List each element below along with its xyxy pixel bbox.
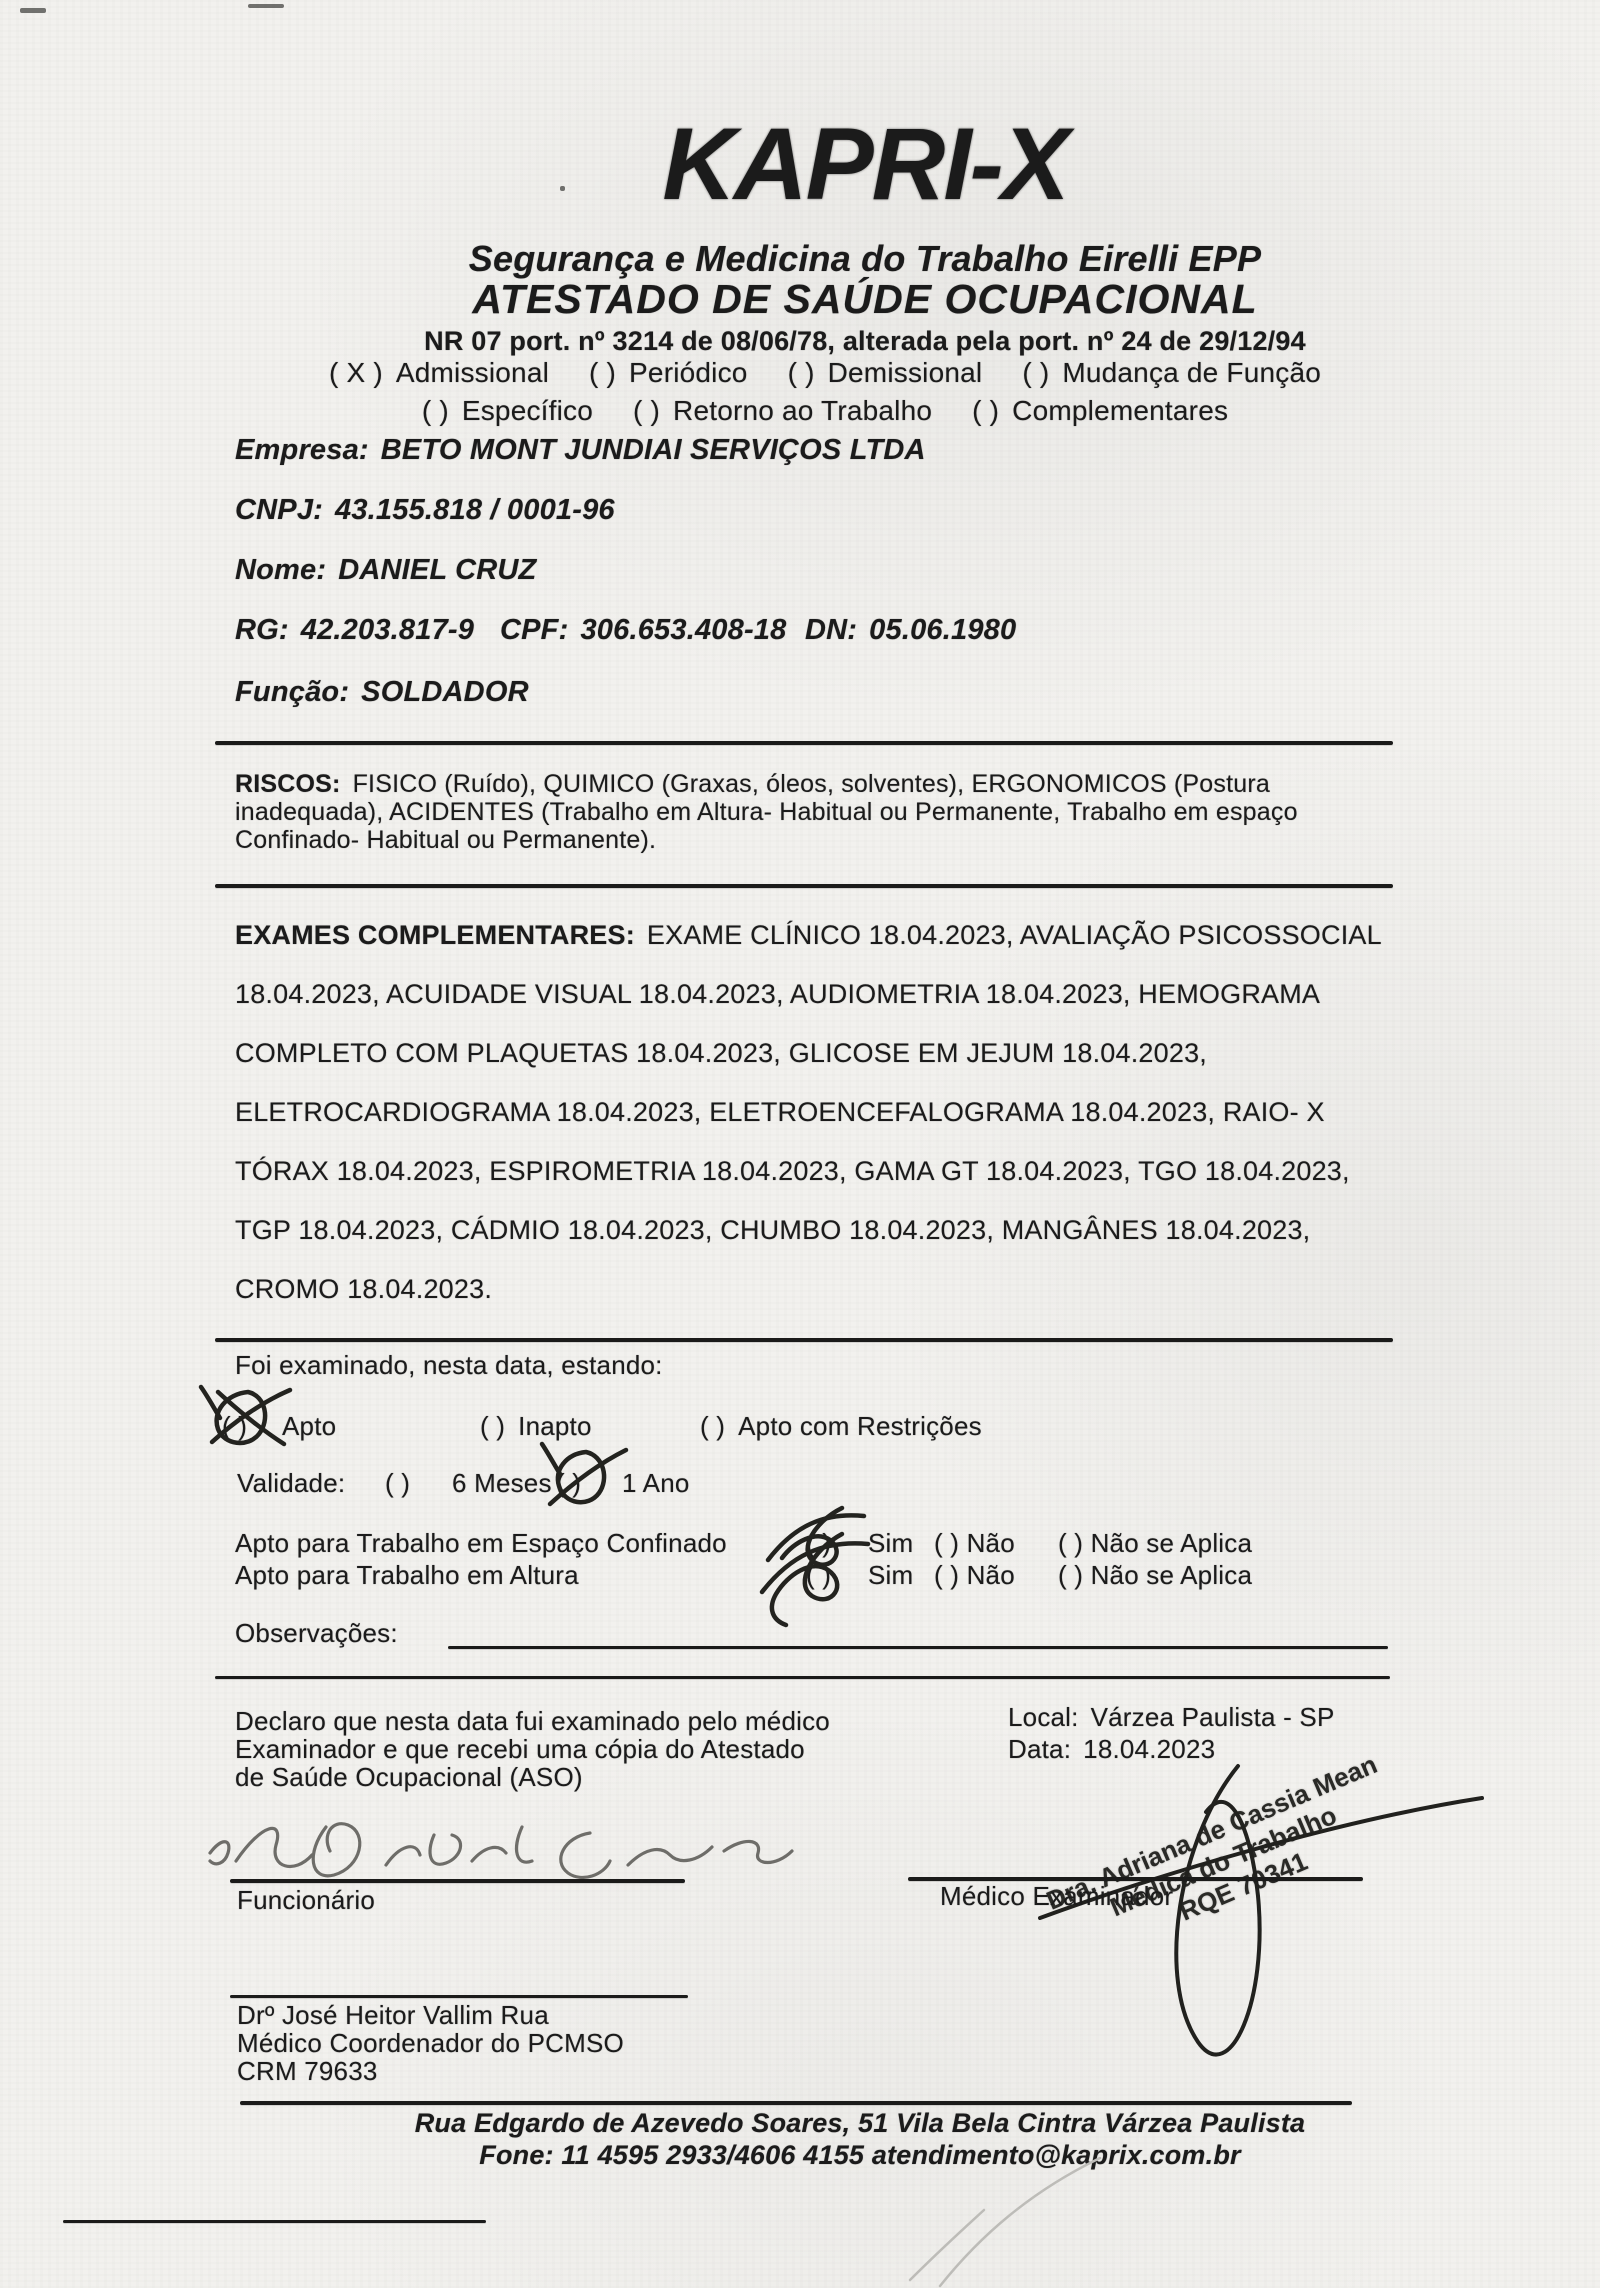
exames-line-1: EXAMES COMPLEMENTARES:EXAME CLÍNICO 18.0… xyxy=(235,920,1382,951)
exames-text-1: EXAME CLÍNICO 18.04.2023, AVALIAÇÃO PSIC… xyxy=(647,920,1382,950)
checkbox-complementares: ( ) xyxy=(972,395,999,426)
label-demissional: Demissional xyxy=(828,357,983,388)
field-cpf-label: CPF: xyxy=(500,614,568,646)
coordenador-line xyxy=(230,1995,688,1998)
divider-rule xyxy=(215,884,1393,888)
footer-fone: Fone: 11 4595 2933/4606 4155 atendimento… xyxy=(125,2140,1595,2171)
option-altura-nsa: ( ) Não se Aplica xyxy=(1058,1560,1252,1591)
label-apto-espaco-confinado: Apto para Trabalho em Espaço Confinado xyxy=(235,1528,727,1559)
doctor-signature xyxy=(1030,1748,1490,2088)
label-mudanca-funcao: Mudança de Função xyxy=(1062,357,1321,388)
scan-speck xyxy=(20,8,46,13)
field-cnpj: CNPJ:43.155.818 / 0001-96 xyxy=(235,494,615,527)
brand-title: KAPRI-X xyxy=(130,106,1600,223)
scanned-aso-document: KAPRI-X Segurança e Medicina do Trabalho… xyxy=(0,0,1600,2288)
label-especifico: Específico xyxy=(462,395,593,426)
field-empresa-value: BETO MONT JUNDIAI SERVIÇOS LTDA xyxy=(381,434,926,466)
field-rg-label: RG: xyxy=(235,614,289,646)
exames-label: EXAMES COMPLEMENTARES: xyxy=(235,920,635,950)
riscos-line-1: RISCOS:FISICO (Ruído), QUIMICO (Graxas, … xyxy=(235,770,1270,799)
field-cpf-value: 306.653.408-18 xyxy=(580,614,786,646)
exames-line-5: TÓRAX 18.04.2023, ESPIROMETRIA 18.04.202… xyxy=(235,1156,1350,1187)
pen-mark-1-ano xyxy=(538,1440,630,1516)
subtitle: Segurança e Medicina do Trabalho Eirelli… xyxy=(130,238,1600,280)
field-cpf: CPF:306.653.408-18 xyxy=(500,614,786,647)
exam-type-mudanca: ( )Mudança de Função xyxy=(1022,357,1321,389)
footer-endereco: Rua Edgardo de Azevedo Soares, 51 Vila B… xyxy=(125,2108,1595,2139)
label-6-meses: 6 Meses xyxy=(452,1468,552,1499)
funcionario-label: Funcionário xyxy=(237,1885,375,1916)
label-altura-sim: Sim xyxy=(868,1560,913,1591)
coordenador-crm: CRM 79633 xyxy=(237,2056,378,2087)
declaracao-line-2: Examinador e que recebi uma cópia do Ate… xyxy=(235,1734,805,1765)
local-value: Várzea Paulista - SP xyxy=(1091,1702,1335,1732)
exam-type-retorno: ( )Retorno ao Trabalho xyxy=(633,395,932,427)
exam-type-complementares: ( )Complementares xyxy=(972,395,1228,427)
label-apto-altura: Apto para Trabalho em Altura xyxy=(235,1560,579,1591)
field-empresa-label: Empresa: xyxy=(235,434,369,466)
checkbox-retorno: ( ) xyxy=(633,395,660,426)
field-dn-label: DN: xyxy=(805,614,857,646)
local-label: Local: xyxy=(1008,1702,1079,1732)
riscos-line-2: inadequada), ACIDENTES (Trabalho em Altu… xyxy=(235,798,1298,827)
bottom-stray-line xyxy=(63,2220,486,2223)
exam-type-periodico: ( )Periódico xyxy=(589,357,748,389)
option-confinado-nao: ( ) Não xyxy=(934,1528,1015,1559)
label-confinado-sim: Sim xyxy=(868,1528,913,1559)
exam-type-row-2: ( )Específico( )Retorno ao Trabalho( )Co… xyxy=(40,395,1600,427)
checkbox-demissional: ( ) xyxy=(788,357,815,388)
coordenador-cargo: Médico Coordenador do PCMSO xyxy=(237,2028,624,2059)
exam-type-especifico: ( )Específico xyxy=(422,395,593,427)
field-nome: Nome:DANIEL CRUZ xyxy=(235,554,536,587)
declaracao-line-3: de Saúde Ocupacional (ASO) xyxy=(235,1762,583,1793)
exam-type-row-1: ( X )Admissional( )Periódico( )Demission… xyxy=(40,357,1600,389)
regulation-line: NR 07 port. nº 3214 de 08/06/78, alterad… xyxy=(130,326,1600,357)
checkbox-periodico: ( ) xyxy=(589,357,616,388)
resultado-intro: Foi examinado, nesta data, estando: xyxy=(235,1350,663,1381)
scan-speck xyxy=(248,4,284,8)
observacoes-label: Observações: xyxy=(235,1618,398,1649)
pen-mark-altura-sim xyxy=(756,1528,874,1630)
riscos-label: RISCOS: xyxy=(235,770,341,798)
field-funcao-value: SOLDADOR xyxy=(361,676,529,708)
field-dn-value: 05.06.1980 xyxy=(869,614,1016,646)
label-retorno: Retorno ao Trabalho xyxy=(673,395,932,426)
option-inapto: ( )Inapto xyxy=(480,1411,592,1442)
option-altura-nao: ( ) Não xyxy=(934,1560,1015,1591)
riscos-line-3: Confinado- Habitual ou Permanente). xyxy=(235,826,656,855)
coordenador-nome: Drº José Heitor Vallim Rua xyxy=(237,2000,549,2031)
divider-rule xyxy=(215,1338,1393,1342)
footer-rule xyxy=(240,2101,1352,2105)
field-cnpj-value: 43.155.818 / 0001-96 xyxy=(335,494,615,526)
divider-rule xyxy=(215,741,1393,745)
checkbox-6-meses: ( ) xyxy=(385,1468,410,1499)
checkbox-especifico: ( ) xyxy=(422,395,449,426)
observacoes-blank-line-1 xyxy=(448,1646,1388,1649)
observacoes-blank-line-2 xyxy=(215,1676,1390,1679)
label-1-ano: 1 Ano xyxy=(622,1468,690,1499)
field-rg: RG:42.203.817-9 xyxy=(235,614,474,647)
pen-mark-apto xyxy=(196,1382,296,1454)
riscos-text-1: FISICO (Ruído), QUIMICO (Graxas, óleos, … xyxy=(353,770,1270,798)
exames-line-4: ELETROCARDIOGRAMA 18.04.2023, ELETROENCE… xyxy=(235,1097,1325,1128)
exames-line-6: TGP 18.04.2023, CÁDMIO 18.04.2023, CHUMB… xyxy=(235,1215,1310,1246)
field-cnpj-label: CNPJ: xyxy=(235,494,323,526)
validade-label: Validade: xyxy=(237,1468,345,1499)
option-apto-restricoes: ( )Apto com Restrições xyxy=(700,1411,982,1442)
doc-title: ATESTADO DE SAÚDE OCUPACIONAL xyxy=(130,276,1600,323)
scan-artifact xyxy=(900,2140,1120,2288)
exames-line-2: 18.04.2023, ACUIDADE VISUAL 18.04.2023, … xyxy=(235,979,1320,1010)
exames-line-7: CROMO 18.04.2023. xyxy=(235,1274,492,1305)
label-inapto: Inapto xyxy=(518,1411,592,1441)
checkbox-inapto: ( ) xyxy=(480,1411,505,1441)
checkbox-admissional: ( X ) xyxy=(329,357,383,388)
local-field: Local:Várzea Paulista - SP xyxy=(1008,1702,1334,1733)
field-funcao-label: Função: xyxy=(235,676,349,708)
field-dn: DN:05.06.1980 xyxy=(805,614,1016,647)
field-rg-value: 42.203.817-9 xyxy=(301,614,474,646)
checkbox-mudanca-funcao: ( ) xyxy=(1022,357,1049,388)
field-nome-value: DANIEL CRUZ xyxy=(338,554,536,586)
option-confinado-nsa: ( ) Não se Aplica xyxy=(1058,1528,1252,1559)
field-funcao: Função:SOLDADOR xyxy=(235,676,529,709)
funcionario-signature-line xyxy=(230,1879,685,1883)
label-periodico: Periódico xyxy=(629,357,748,388)
exam-type-demissional: ( )Demissional xyxy=(788,357,983,389)
field-nome-label: Nome: xyxy=(235,554,326,586)
declaracao-line-1: Declaro que nesta data fui examinado pel… xyxy=(235,1706,830,1737)
medico-examinador-label: Médico Examinador xyxy=(940,1881,1173,1912)
exam-type-admissional: ( X )Admissional xyxy=(329,357,549,389)
exames-line-3: COMPLETO COM PLAQUETAS 18.04.2023, GLICO… xyxy=(235,1038,1207,1069)
field-empresa: Empresa:BETO MONT JUNDIAI SERVIÇOS LTDA xyxy=(235,434,926,467)
label-admissional: Admissional xyxy=(396,357,549,388)
label-apto-restricoes: Apto com Restrições xyxy=(738,1411,982,1441)
checkbox-apto-restricoes: ( ) xyxy=(700,1411,725,1441)
label-complementares: Complementares xyxy=(1012,395,1228,426)
